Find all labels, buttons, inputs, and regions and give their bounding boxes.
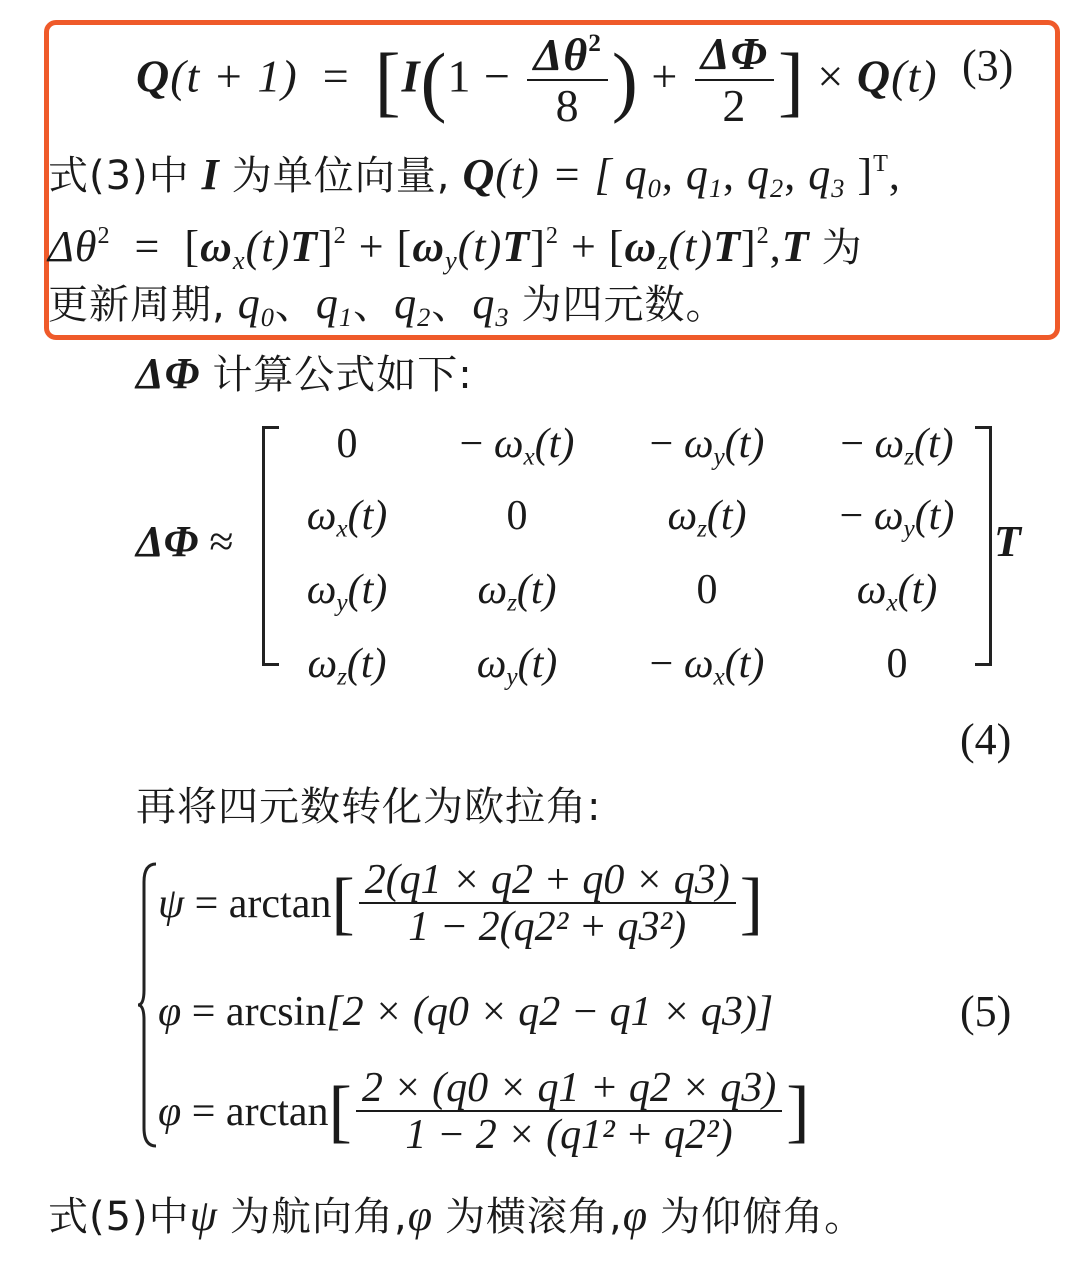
lb: [ (609, 222, 625, 271)
transpose: T (873, 150, 889, 177)
plus: + (651, 50, 678, 101)
matrix-cell: − ωy(t) (622, 420, 792, 472)
matrix-cell: − ωx(t) (432, 420, 602, 472)
close-bracket: ] (857, 150, 873, 199)
eq4-lhs: ΔΦ ≈ (136, 516, 233, 567)
eq5-row3: φ = arctan[ 2 × (q0 × q1 + q2 × q3)1 − 2… (158, 1066, 810, 1158)
omega: ω (624, 222, 657, 271)
text: (t) = [ (495, 150, 612, 199)
matrix-4x4: 0− ωx(t)− ωy(t)− ωz(t)ωx(t)0ωz(t)− ωy(t)… (262, 420, 992, 666)
equals: = (135, 222, 161, 271)
matrix-cell: ωx(t) (812, 566, 982, 618)
symbol-I: I (402, 50, 421, 101)
T: T (782, 222, 810, 271)
text: 计算公式如下: (212, 352, 472, 398)
symbol-Q: Q (857, 50, 891, 101)
symbol-I: I (202, 150, 220, 199)
equation-number-3: (3) (962, 40, 1013, 91)
args: (t + 1) (170, 50, 297, 101)
one: 1 (448, 50, 472, 101)
text: 为 (822, 225, 863, 271)
eq5-row1: ψ = arctan[ 2(q1 × q2 + q0 × q3)1 − 2(q2… (158, 858, 763, 950)
equation-number-5: (5) (960, 986, 1011, 1037)
minus: − (484, 50, 511, 101)
q3: q3 (472, 279, 509, 328)
T: T (290, 222, 318, 271)
rb: ] (318, 222, 334, 271)
fraction-dphi: ΔΦ2 (695, 30, 774, 131)
matrix-cell: 0 (262, 420, 432, 468)
matrix-cell: 0 (432, 492, 602, 540)
sup: 2 (588, 29, 602, 57)
matrix-cell: ωz(t) (262, 640, 432, 692)
equals: = (323, 50, 350, 101)
matrix-cell: − ωz(t) (812, 420, 982, 472)
matrix-cell: ωy(t) (262, 566, 432, 618)
close-bracket: ] (778, 37, 805, 124)
text: 为四元数。 (522, 282, 727, 328)
plus: + (571, 222, 597, 271)
delta-phi: ΔΦ (136, 349, 200, 398)
comma: , (770, 222, 782, 271)
lb: [ (184, 222, 200, 271)
q3: q3 (808, 150, 845, 199)
t: (t) (669, 222, 714, 271)
times: × (817, 50, 844, 101)
plus: + (359, 222, 385, 271)
delta-theta: Δθ (48, 222, 97, 271)
sep: 、 (275, 282, 316, 328)
matrix-cell: 0 (812, 640, 982, 688)
comma: , (662, 150, 674, 199)
sep: 、 (431, 282, 472, 328)
para2: ΔΦ 计算公式如下: (136, 344, 473, 405)
sep: 、 (353, 282, 394, 328)
den: 2 (722, 81, 746, 132)
comma: , (784, 150, 796, 199)
close-paren: ) (612, 37, 639, 124)
q2: q2 (747, 150, 784, 199)
symbol-Q: Q (463, 150, 496, 199)
equation-3: Q(t + 1) = [I(1 − Δθ28) + ΔΦ2] × Q(t) (136, 30, 938, 132)
rb: ] (530, 222, 546, 271)
num: Δθ (533, 29, 588, 80)
symbol-Q: Q (136, 50, 170, 101)
sup: 2 (97, 222, 110, 249)
q0: q0 (625, 150, 662, 199)
left-brace (138, 862, 158, 1148)
t: (t) (246, 222, 291, 271)
args: (t) (891, 50, 937, 101)
comma: , (723, 150, 735, 199)
lb: [ (397, 222, 413, 271)
matrix-cell: 0 (622, 566, 792, 614)
matrix-cell: ωz(t) (432, 566, 602, 618)
omega: ω (200, 222, 233, 271)
text: 式(3)中 (48, 153, 190, 199)
para4: 式(5)中ψ 为航向角,φ 为横滚角,φ 为仰俯角。 (48, 1186, 865, 1247)
open-bracket: [ (375, 37, 402, 124)
equation-number-4: (4) (960, 714, 1011, 765)
fraction-dtheta: Δθ28 (527, 30, 607, 132)
comma: , (889, 150, 901, 199)
q1: q1 (316, 279, 353, 328)
open-paren: ( (421, 37, 448, 124)
para1-line3: 更新周期, q0、q1、q2、q3 为四元数。 (48, 274, 727, 347)
eq5-row2: φ = arcsin[2 × (q0 × q2 − q1 × q3)] (158, 988, 773, 1036)
T: T (713, 222, 741, 271)
den: 8 (556, 81, 580, 132)
matrix-cell: − ωx(t) (622, 640, 792, 692)
matrix-suffix-T: T (994, 516, 1021, 567)
matrix-cell: − ωy(t) (812, 492, 982, 544)
omega: ω (412, 222, 445, 271)
text: 更新周期, (48, 282, 226, 328)
q0: q0 (238, 279, 275, 328)
text: 再将四元数转化为欧拉角: (136, 784, 601, 830)
matrix-cell: ωx(t) (262, 492, 432, 544)
rb: ] (741, 222, 757, 271)
matrix-cell: ωy(t) (432, 640, 602, 692)
T: T (502, 222, 530, 271)
num: ΔΦ (695, 30, 774, 80)
para3: 再将四元数转化为欧拉角: (136, 776, 601, 837)
text: 为单位向量, (232, 153, 451, 199)
q2: q2 (394, 279, 431, 328)
q1: q1 (686, 150, 723, 199)
t: (t) (458, 222, 503, 271)
matrix-cell: ωz(t) (622, 492, 792, 544)
